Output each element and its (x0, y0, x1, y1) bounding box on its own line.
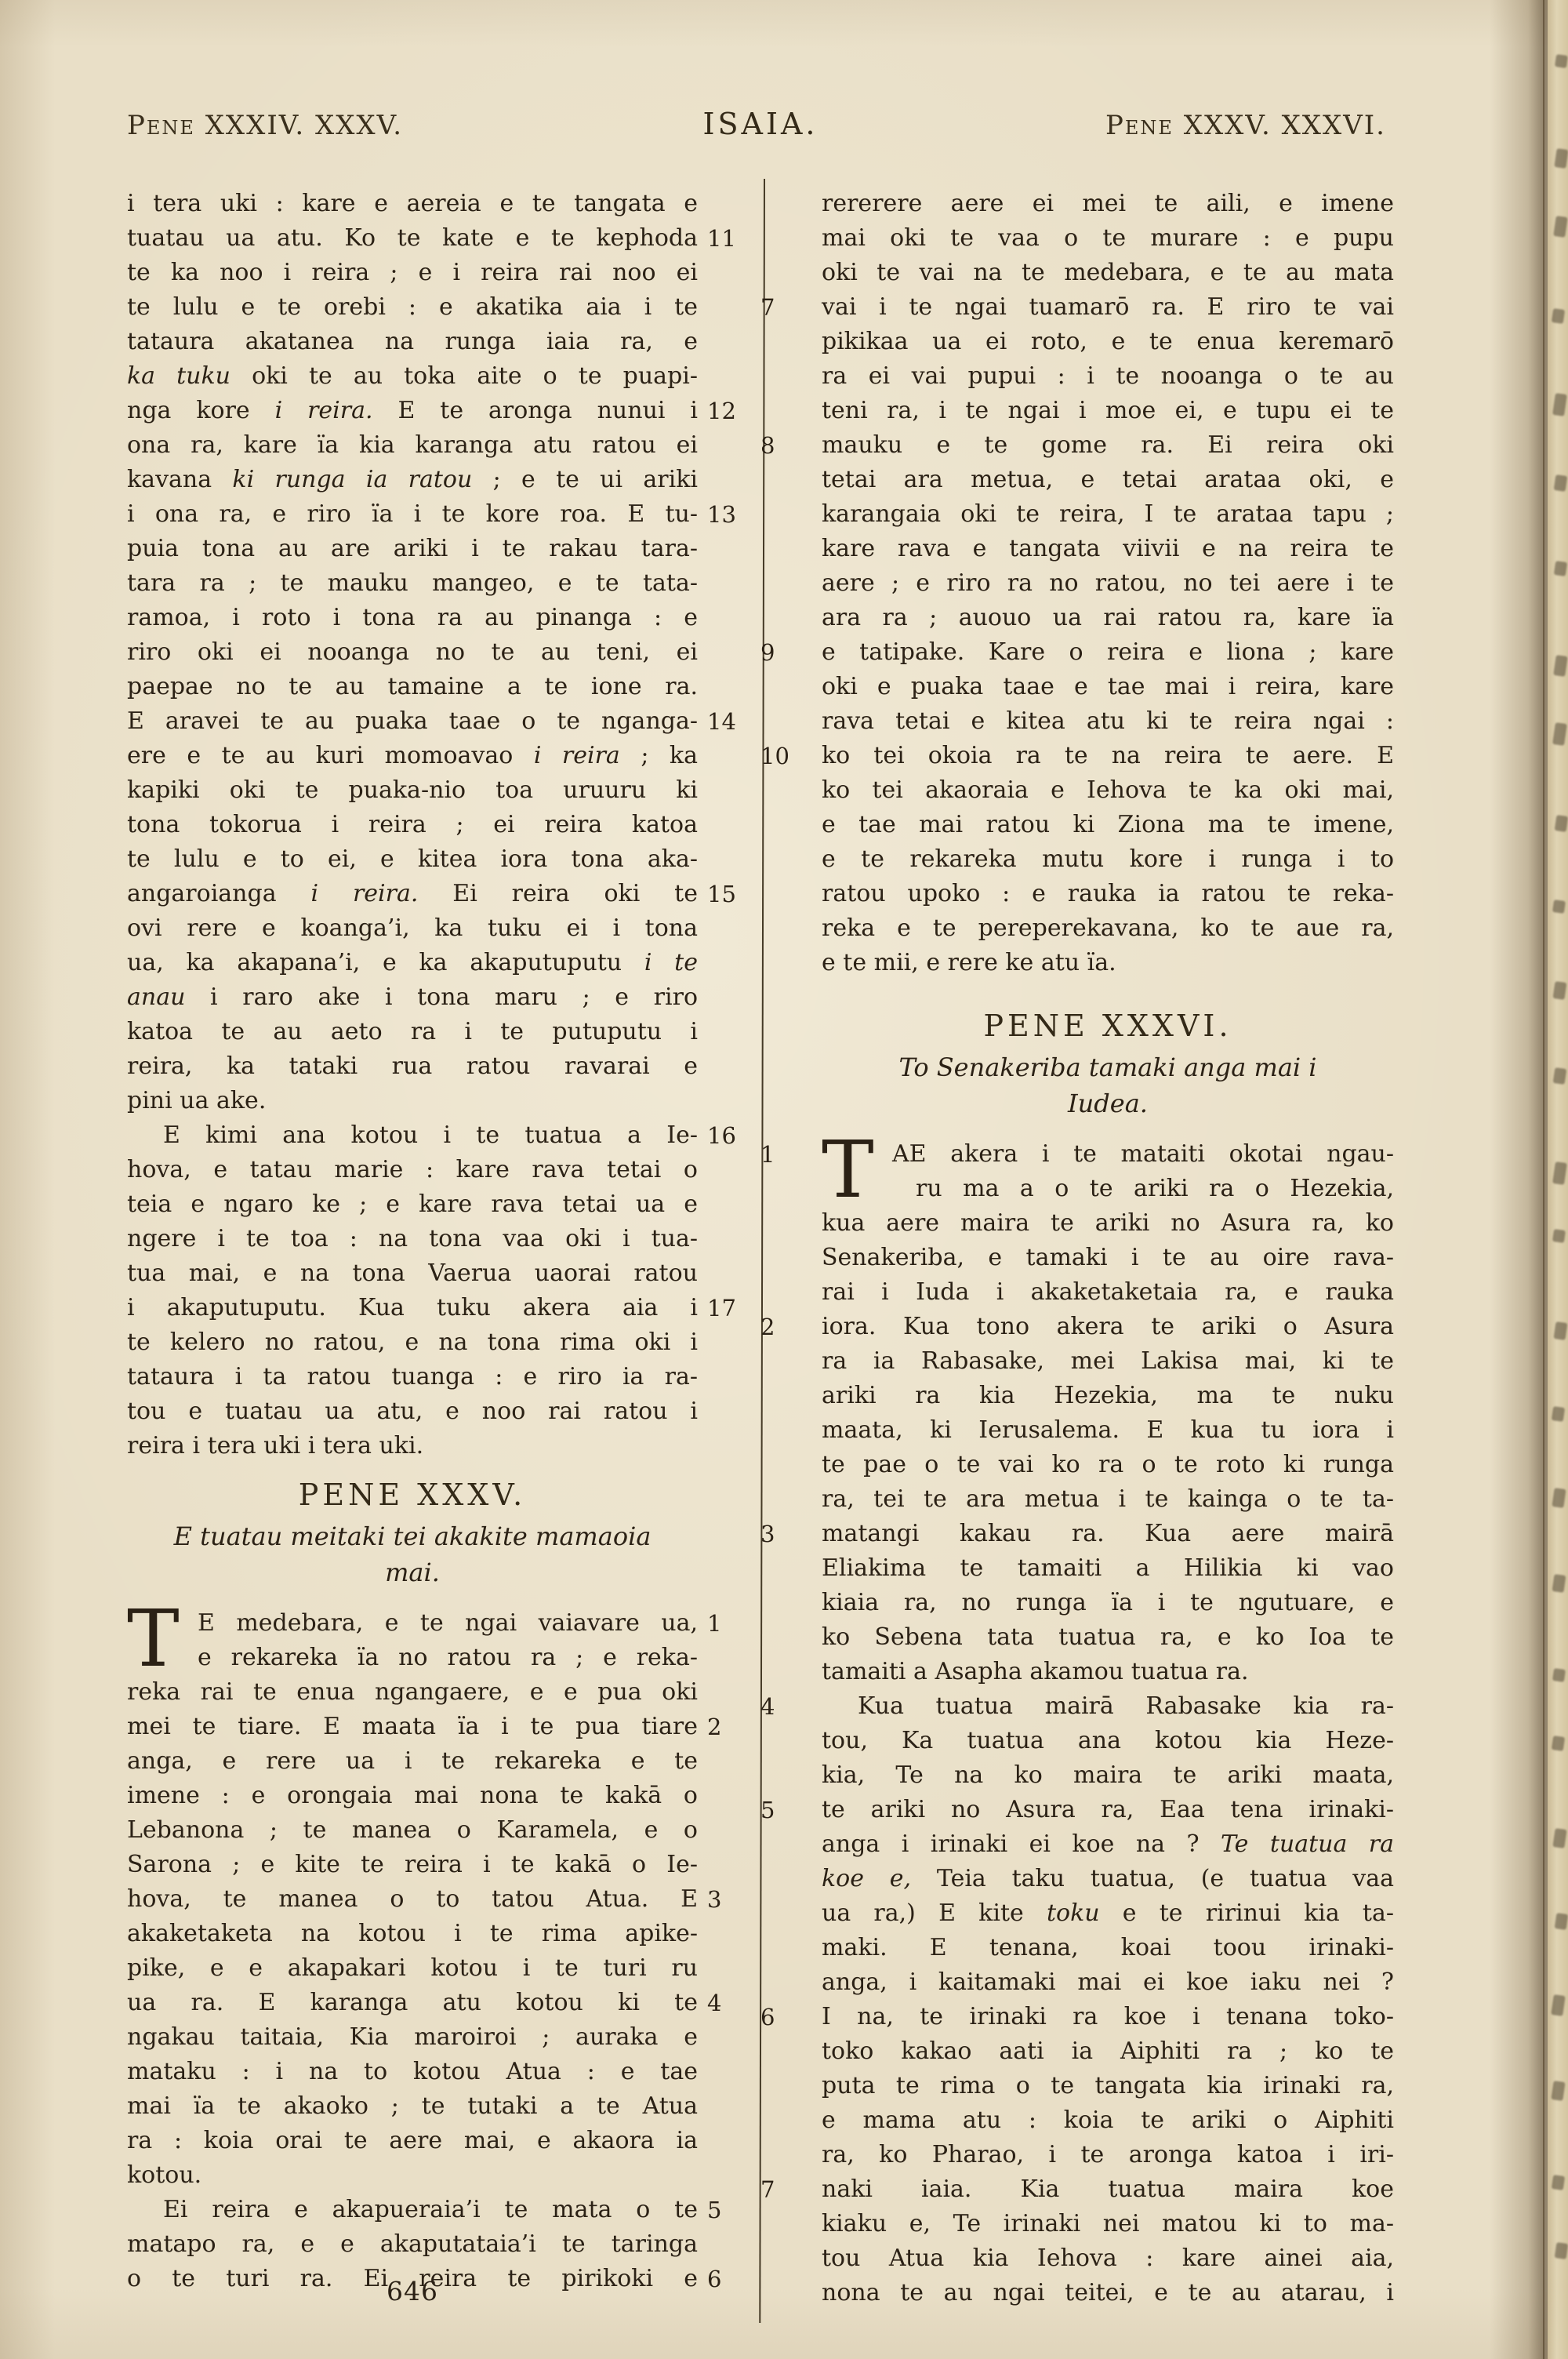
verse-text-block: TAE akera i te mataiti okotai ngau-1ru m… (822, 1137, 1394, 2310)
text-line: i ona ra, e riro ïa i te kore roa. E tu-… (127, 497, 698, 532)
italic-text-segment: i reira (534, 742, 641, 769)
page-edge-text-fragment (1555, 2242, 1568, 2259)
chapter-subtitle-line: To Senakeriba tamaki anga mai i (822, 1049, 1394, 1085)
page-edge-text-fragment (1552, 308, 1565, 324)
text-segment: ere e te au kuri momoavao (127, 742, 534, 769)
text-line: E medebara, e te ngai vaiavare ua,1 (127, 1606, 698, 1641)
text-line: nona te au ngai teitei, e te au atarau, … (822, 2276, 1394, 2310)
text-segment: kavana (127, 466, 232, 493)
text-line: e tae mai ratou ki Ziona ma te imene, (822, 808, 1394, 842)
italic-text-segment: i reira. (310, 880, 418, 907)
text-segment: i raro ake i tona maru ; e riro (210, 983, 698, 1011)
right-text-column: rererere aere ei mei te aili, e imenemai… (822, 187, 1394, 2310)
page-edge-text-fragment (1555, 1913, 1568, 1930)
text-line: e rekareka ïa no ratou ra ; e reka- (127, 1641, 698, 1675)
text-line: ua ra,) E kite toku e te ririnui kia ta- (822, 1896, 1394, 1931)
text-line: toko kakao aati ia Aiphiti ra ; ko te (822, 2034, 1394, 2069)
page-edge-text-fragment (1552, 1488, 1566, 1508)
text-line: ovi rere e koanga’i, ka tuku ei i tona (127, 911, 698, 946)
text-line: E kimi ana kotou i te tuatua a Ie-16 (127, 1118, 698, 1153)
verse-number: 2 (707, 1710, 764, 1744)
page-edge-text-fragment (1552, 1668, 1566, 1682)
text-line: angaroianga i reira. Ei reira oki te15 (127, 877, 698, 911)
text-line: kotou. (127, 2158, 698, 2193)
page-edge-text-fragment (1553, 981, 1567, 1000)
page-edge-text-fragment (1554, 148, 1568, 169)
page-edge-text-fragment (1553, 216, 1567, 238)
page-edge-text-fragment (1552, 1161, 1567, 1185)
left-text-column: i tera uki : kare e aereia e te tangata … (127, 187, 698, 2296)
text-segment: anga i irinaki ei koe na ? (822, 1830, 1221, 1858)
text-line: E aravei te au puaka taae o te nganga-14 (127, 704, 698, 739)
italic-text-segment: Te tuatua ra (1221, 1830, 1394, 1858)
text-line: e te rekareka mutu kore i runga i to (822, 842, 1394, 877)
verse-number: 4 (707, 1986, 764, 2020)
adjacent-page-edge (1548, 0, 1568, 2359)
text-line: i tera uki : kare e aereia e te tangata … (127, 187, 698, 221)
text-line: anga i irinaki ei koe na ? Te tuatua ra (822, 1827, 1394, 1862)
text-line: kiaia ra, no runga ïa i te ngutuare, e (822, 1586, 1394, 1620)
text-line: te kelero no ratou, e na tona rima oki i (127, 1325, 698, 1360)
text-line: ra : koia orai te aere mai, e akaora ia (127, 2124, 698, 2158)
text-segment: E te aronga nunui i (373, 397, 698, 424)
text-line: tetai ara metua, e tetai arataa oki, e (822, 463, 1394, 497)
page-edge-text-fragment (1552, 722, 1567, 746)
verse-text-block: TE medebara, e te ngai vaiavare ua,1e re… (127, 1606, 698, 2296)
text-line: Sarona ; e kite te reira i te kakā o Ie- (127, 1848, 698, 1882)
verse-number: 17 (707, 1291, 764, 1325)
italic-text-segment: i reira. (275, 397, 373, 424)
text-line: reira i tera uki i tera uki. (127, 1429, 698, 1463)
text-segment: ua, ka akapana’i, e ka akaputuputu (127, 949, 644, 976)
verse-number: 7 (760, 290, 814, 325)
text-line: tara ra ; te mauku mangeo, e te tata- (127, 566, 698, 601)
verse-number: 9 (760, 635, 814, 670)
text-line: kua aere maira te ariki no Asura ra, ko (822, 1206, 1394, 1241)
text-line: tou Atua kia Iehova : kare ainei aia, (822, 2241, 1394, 2276)
text-line: ra, tei te ara metua i te kainga o te ta… (822, 1482, 1394, 1517)
verse-number: 7 (760, 2172, 814, 2207)
chapter-subtitle-line: Iudea. (822, 1085, 1394, 1121)
text-line: teia e ngaro ke ; e kare rava tetai ua e (127, 1187, 698, 1222)
text-line: mataku : i na to kotou Atua : e tae (127, 2055, 698, 2089)
text-line: ramoa, i roto i tona ra au pinanga : e (127, 601, 698, 635)
verse-number: 6 (707, 2262, 764, 2296)
verse-number: 4 (760, 1689, 814, 1724)
verse-text-block: rererere aere ei mei te aili, e imenemai… (822, 187, 1394, 980)
text-line: naki iaia. Kia tuatua maira koe7 (822, 2172, 1394, 2207)
verse-text-block: i tera uki : kare e aereia e te tangata … (127, 187, 698, 1463)
text-line: teni ra, i te ngai i moe ei, e tupu ei t… (822, 394, 1394, 428)
text-line: kare rava e tangata viivii e na reira te (822, 532, 1394, 566)
verse-number: 3 (707, 1882, 764, 1917)
text-line: tataura i ta ratou tuanga : e riro ia ra… (127, 1360, 698, 1394)
text-line: anga, i kaitamaki mai ei koe iaku nei ? (822, 1965, 1394, 2000)
text-line: reka rai te enua ngangaere, e e pua oki (127, 1675, 698, 1710)
chapter-subtitle-line: mai. (127, 1554, 698, 1590)
text-line: anga, e rere ua i te rekareka e te (127, 1744, 698, 1779)
text-segment: angaroianga (127, 880, 310, 907)
text-line: iora. Kua tono akera te ariki o Asura2 (822, 1310, 1394, 1344)
text-line: puia tona au are ariki i te rakau tara- (127, 532, 698, 566)
chapter-heading: PENE XXXVI. (822, 1007, 1394, 1045)
verse-number: 11 (707, 221, 764, 256)
scanned-book-page: Pene XXXIV. XXXV. ISAIA. Pene XXXV. XXXV… (0, 0, 1568, 2359)
verse-number: 12 (707, 394, 764, 428)
text-line: ru ma a o te ariki ra o Hezekia, (822, 1172, 1394, 1206)
text-line: pikikaa ua ei roto, e te enua keremarō (822, 325, 1394, 359)
text-line: matapo ra, e e akaputataia’i te taringa (127, 2227, 698, 2262)
text-line: tou, Ka tuatua ana kotou kia Heze- (822, 1724, 1394, 1758)
italic-text-segment: i te (644, 949, 698, 976)
page-edge-text-fragment (1552, 1229, 1566, 1243)
text-line: tataura akatanea na runga iaia ra, e (127, 325, 698, 359)
text-line: nga kore i reira. E te aronga nunui i12 (127, 394, 698, 428)
page-edge-text-fragment (1552, 1574, 1566, 1593)
text-line: ua, ka akapana’i, e ka akaputuputu i te (127, 946, 698, 980)
text-line: reka e te pereperekavana, ko te aue ra, (822, 911, 1394, 946)
text-line: tamaiti a Asapha akamou tuatua ra. (822, 1655, 1394, 1689)
text-line: te ariki no Asura ra, Eaa tena irinaki-5 (822, 1793, 1394, 1827)
text-line: rava tetai e kitea atu ki te reira ngai … (822, 704, 1394, 739)
text-line: AE akera i te mataiti okotai ngau-1 (822, 1137, 1394, 1172)
italic-text-segment: ka tuku (127, 362, 252, 390)
italic-text-segment: toku (1047, 1899, 1123, 1927)
text-line: Lebanona ; te manea o Karamela, e o (127, 1813, 698, 1848)
text-line: ngakau taitaia, Kia maroiroi ; auraka e (127, 2020, 698, 2055)
text-line: Kua tuatua mairā Rabasake kia ra-4 (822, 1689, 1394, 1724)
verse-number: 5 (760, 1793, 814, 1827)
text-line: mei te tiare. E maata ïa i te pua tiare2 (127, 1710, 698, 1744)
text-line: imene : e orongaia mai nona te kakā o (127, 1779, 698, 1813)
italic-text-segment: ki runga ia ratou (232, 466, 492, 493)
text-line: oki te vai na te medebara, e te au mata (822, 256, 1394, 290)
text-line: akaketaketa na kotou i te rima apike- (127, 1917, 698, 1951)
text-line: ara ra ; auouo ua rai ratou ra, kare ïa (822, 601, 1394, 635)
text-segment: Teia taku tuatua, (e tuatua vaa (937, 1865, 1394, 1892)
text-line: reira, ka tataki rua ratou ravarai e (127, 1049, 698, 1084)
text-line: te ka noo i reira ; e i reira rai noo ei (127, 256, 698, 290)
verse-number: 13 (707, 497, 764, 532)
text-line: mai ïa te akaoko ; te tutaki a te Atua (127, 2089, 698, 2124)
page-edge-text-fragment (1554, 561, 1567, 576)
text-line: te pae o te vai ko ra o te roto ki runga (822, 1448, 1394, 1482)
text-line: kia, Te na ko maira te ariki maata, (822, 1758, 1394, 1793)
text-line: mauku e te gome ra. Ei reira oki8 (822, 428, 1394, 463)
italic-text-segment: anau (127, 983, 210, 1011)
text-line: aere ; e riro ra no ratou, no tei aere i… (822, 566, 1394, 601)
verse-number: 5 (707, 2193, 764, 2227)
page-edge-text-fragment (1552, 393, 1567, 416)
verse-number: 8 (760, 428, 814, 463)
text-line: mai oki te vaa o te murare : e pupu (822, 221, 1394, 256)
page-edge-text-fragment (1553, 655, 1567, 677)
text-segment: e te ririnui kia ta- (1123, 1899, 1394, 1927)
text-line: ua ra. E karanga atu kotou ki te4 (127, 1986, 698, 2020)
page-edge-text-fragment (1553, 1067, 1567, 1085)
text-line: e te mii, e rere ke atu ïa. (822, 946, 1394, 980)
text-line: anau i raro ake i tona maru ; e riro (127, 980, 698, 1015)
text-line: ngere i te toa : na tona vaa oki i tua- (127, 1222, 698, 1256)
text-line: Senakeriba, e tamaki i te au oire rava- (822, 1241, 1394, 1275)
page-edge-text-fragment (1555, 815, 1568, 832)
text-line: tona tokorua i reira ; ei reira katoa (127, 808, 698, 842)
text-line: hova, te manea o to tatou Atua. E3 (127, 1882, 698, 1917)
text-line: tou e tuatau ua atu, e noo rai ratou i (127, 1394, 698, 1429)
text-line: koe e, Teia taku tuatua, (e tuatua vaa (822, 1862, 1394, 1896)
page-edge-text-fragment (1554, 474, 1568, 492)
text-line: ra, ko Pharao, i te aronga katoa i iri- (822, 2138, 1394, 2172)
italic-text-segment: koe e, (822, 1865, 937, 1892)
page-edge-text-fragment (1552, 900, 1566, 914)
text-line: oki e puaka taae e tae mai i reira, kare (822, 670, 1394, 704)
text-line: kiaku e, Te irinaki nei matou ki to ma- (822, 2207, 1394, 2241)
chapter-heading: PENE XXXV. (127, 1476, 698, 1514)
text-line: tuatau ua atu. Ko te kate e te kephoda11 (127, 221, 698, 256)
page-number: 646 (127, 2276, 698, 2306)
text-line: matangi kakau ra. Kua aere mairā3 (822, 1517, 1394, 1551)
text-line: karangaia oki te reira, I te arataa tapu… (822, 497, 1394, 532)
page-edge-text-fragment (1555, 54, 1568, 68)
text-line: e tatipake. Kare o reira e liona ; kare9 (822, 635, 1394, 670)
text-line: ra ei vai pupui : i te nooanga o te au (822, 359, 1394, 394)
page-edge-text-fragment (1552, 1406, 1565, 1422)
text-line: ariki ra kia Hezekia, ma te nuku (822, 1379, 1394, 1413)
text-line: pini ua ake. (127, 1084, 698, 1118)
text-line: Ei reira e akapueraia’i te mata o te5 (127, 2193, 698, 2227)
text-line: paepae no te au tamaine a te ione ra. (127, 670, 698, 704)
page-edge-text-fragment (1551, 2081, 1565, 2101)
text-segment: ua ra,) E kite (822, 1899, 1047, 1927)
text-line: ko tei okoia ra te na reira te aere. E10 (822, 739, 1394, 773)
page-edge-text-fragment (1552, 1828, 1566, 1848)
verse-number: 6 (760, 2000, 814, 2034)
text-line: rererere aere ei mei te aili, e imene (822, 187, 1394, 221)
text-line: te lulu e to ei, e kitea iora tona aka- (127, 842, 698, 877)
verse-number: 14 (707, 704, 764, 739)
text-line: tua mai, e na tona Vaerua uaorai ratou (127, 1256, 698, 1291)
verse-number: 1 (760, 1137, 814, 1172)
chapter-subtitle-line: E tuatau meitaki tei akakite mamaoia (127, 1518, 698, 1554)
text-line: puta te rima o te tangata kia irinaki ra… (822, 2069, 1394, 2103)
text-segment: ; ka (641, 742, 698, 769)
text-segment: Ei reira oki te (418, 880, 698, 907)
verse-number: 2 (760, 1310, 814, 1344)
page-gutter-shadow (1490, 0, 1544, 2359)
text-line: Eliakima te tamaiti a Hilikia ki vao (822, 1551, 1394, 1586)
text-line: ka tuku oki te au toka aite o te puapi- (127, 359, 698, 394)
page-edge-text-fragment (1552, 2175, 1565, 2190)
text-line: kapiki oki te puaka-nio toa uruuru ki (127, 773, 698, 808)
text-line: i akaputuputu. Kua tuku akera aia i17 (127, 1291, 698, 1325)
text-line: ona ra, kare ïa kia karanga atu ratou ei (127, 428, 698, 463)
text-line: te lulu e te orebi : e akatika aia i te (127, 290, 698, 325)
text-line: riro oki ei nooanga no te au teni, ei (127, 635, 698, 670)
verse-number: 10 (760, 739, 814, 773)
text-line: vai i te ngai tuamarō ra. E riro te vai7 (822, 290, 1394, 325)
text-segment: nga kore (127, 397, 275, 424)
text-line: katoa te au aeto ra i te putuputu i (127, 1015, 698, 1049)
text-line: I na, te irinaki ra koe i tenana toko-6 (822, 2000, 1394, 2034)
header-chapter-range-right: Pene XXXV. XXXVI. (1105, 110, 1386, 141)
text-line: e mama atu : koia te ariki o Aiphiti (822, 2103, 1394, 2138)
text-line: rai i Iuda i akaketaketaia ra, e rauka (822, 1275, 1394, 1310)
text-line: maki. E tenana, koai toou irinaki- (822, 1931, 1394, 1965)
verse-number: 3 (760, 1517, 814, 1551)
text-line: ere e te au kuri momoavao i reira ; ka (127, 739, 698, 773)
text-line: pike, e e akapakari kotou i te turi ru (127, 1951, 698, 1986)
page-edge-text-fragment (1551, 1994, 1565, 2016)
text-line: ko tei akaoraia e Iehova te ka oki mai, (822, 773, 1394, 808)
text-line: ko Sebena tata tuatua ra, e ko Ioa te (822, 1620, 1394, 1655)
verse-number: 1 (707, 1606, 764, 1641)
page-edge-text-fragment (1554, 1321, 1568, 1340)
verse-number: 16 (707, 1118, 764, 1153)
text-line: kavana ki runga ia ratou ; e te ui ariki (127, 463, 698, 497)
text-segment: ; e te ui ariki (493, 466, 698, 493)
text-segment: oki te au toka aite o te puapi- (252, 362, 698, 390)
page-edge-text-fragment (1552, 1736, 1565, 1751)
running-header: Pene XXXIV. XXXV. ISAIA. Pene XXXV. XXXV… (127, 104, 1394, 147)
verse-number: 15 (707, 877, 764, 911)
text-line: ratou upoko : e rauka ia ratou te reka- (822, 877, 1394, 911)
text-line: hova, e tatau marie : kare rava tetai o (127, 1153, 698, 1187)
text-line: ra ia Rabasake, mei Lakisa mai, ki te (822, 1344, 1394, 1379)
text-line: maata, ki Ierusalema. E kua tu iora i (822, 1413, 1394, 1448)
